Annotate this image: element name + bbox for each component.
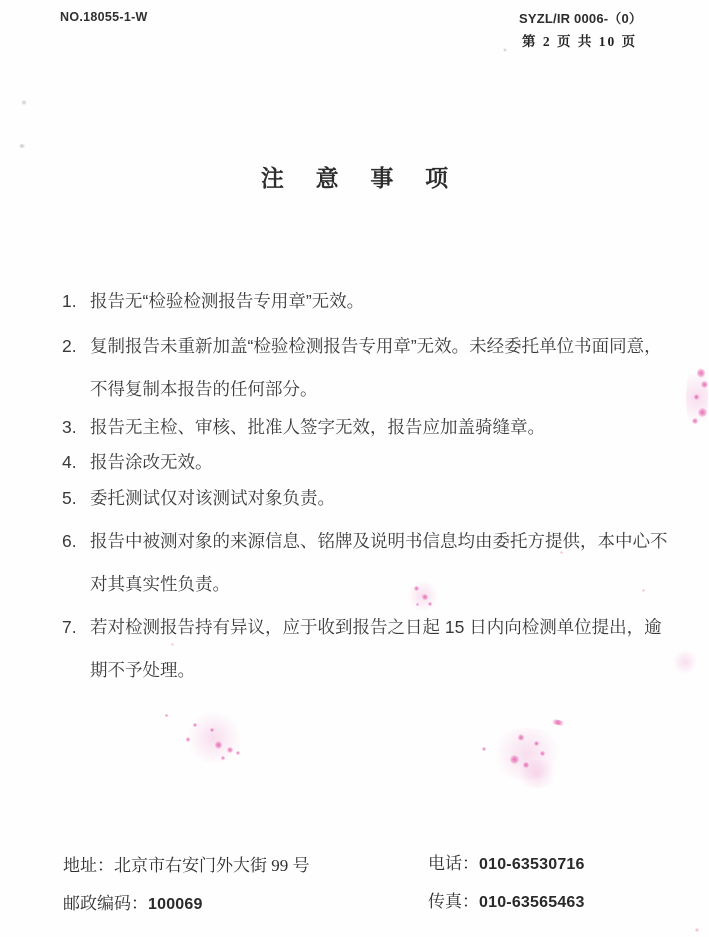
pink-stain (695, 928, 699, 932)
pink-stain (701, 381, 708, 388)
pink-stain (697, 368, 705, 378)
scanned-report-page: { "header": { "doc_no": "NO.18055-1-W", … (0, 0, 709, 937)
note-item-1: 1. 报告无“检验检测报告专用章”无效。 (62, 280, 662, 323)
pink-stain (551, 719, 566, 727)
note-text: 委托测试仅对该测试对象负责。 (90, 477, 662, 520)
note-item-6: 6. 报告中被测对象的来源信息、铭牌及说明书信息均由委托方提供，本中心不 对其真… (62, 520, 662, 606)
phone-value: 010-63530716 (479, 856, 585, 873)
address-label: 地址： (63, 856, 114, 875)
pink-stain (215, 741, 222, 749)
note-number: 6. (62, 520, 90, 606)
note-number: 5. (62, 477, 90, 520)
pink-stain (193, 723, 197, 727)
note-item-2: 2. 复制报告未重新加盖“检验检测报告专用章”无效。未经委托单位书面同意， 不得… (62, 325, 662, 411)
footer-postcode: 邮政编码：100069 (63, 889, 203, 914)
note-text: 对其真实性负责。 (90, 563, 668, 606)
fax-label: 传真： (428, 892, 479, 911)
gray-speck (503, 48, 507, 52)
pink-stain (186, 737, 190, 742)
pink-stain (694, 394, 699, 400)
pink-stain (185, 712, 243, 764)
note-text: 报告中被测对象的来源信息、铭牌及说明书信息均由委托方提供，本中心不 (90, 520, 668, 563)
note-number: 2. (62, 325, 90, 411)
address-value: 北京市右安门外大街 99 号 (114, 856, 310, 875)
note-item-5: 5. 委托测试仅对该测试对象负责。 (62, 477, 662, 520)
note-text: 期不予处理。 (90, 649, 662, 692)
footer-address: 地址：北京市右安门外大街 99 号 (63, 851, 310, 876)
pink-stain (534, 741, 539, 746)
page-title: 注 意 事 项 (0, 160, 709, 193)
pink-stain (165, 714, 168, 717)
postcode-value: 100069 (148, 896, 203, 913)
header-right-block: SYZL/IR 0006-（0） 第 2 页 共 10 页 (519, 8, 642, 50)
note-text: 复制报告未重新加盖“检验检测报告专用章”无效。未经委托单位书面同意， (90, 325, 662, 368)
phone-label: 电话： (428, 854, 479, 873)
note-number: 1. (62, 280, 90, 323)
pink-stain (698, 408, 707, 417)
gray-speck (18, 144, 26, 148)
pink-stain (510, 755, 519, 764)
pink-stain (686, 362, 708, 434)
note-number: 7. (62, 606, 90, 692)
form-code: SYZL/IR 0006-（0） (519, 8, 642, 27)
pink-stain (236, 751, 240, 755)
gray-speck (21, 100, 27, 105)
fax-value: 010-63565463 (479, 894, 585, 911)
notes-list: 1. 报告无“检验检测报告专用章”无效。 2. 复制报告未重新加盖“检验检测报告… (62, 280, 662, 692)
postcode-label: 邮政编码： (63, 894, 148, 913)
pink-stain (210, 728, 214, 732)
note-text: 若对检测报告持有异议，应于收到报告之日起 15 日内向检测单位提出，逾 (90, 606, 662, 649)
footer-fax: 传真：010-63565463 (428, 887, 585, 912)
pink-stain (523, 762, 529, 768)
pink-stain (518, 734, 524, 741)
pink-stain (488, 728, 566, 780)
pink-stain (227, 747, 233, 753)
page-number-info: 第 2 页 共 10 页 (519, 30, 642, 50)
note-item-7: 7. 若对检测报告持有异议，应于收到报告之日起 15 日内向检测单位提出，逾 期… (62, 606, 662, 692)
note-text: 不得复制本报告的任何部分。 (90, 368, 662, 411)
pink-stain (672, 650, 698, 674)
pink-stain (515, 760, 559, 788)
pink-stain (482, 747, 486, 751)
pink-stain (692, 418, 698, 424)
pink-stain (221, 756, 225, 760)
note-text: 报告无“检验检测报告专用章”无效。 (90, 280, 662, 323)
pink-stain (540, 751, 545, 756)
document-number: NO.18055-1-W (60, 10, 148, 24)
footer-phone: 电话：010-63530716 (428, 849, 585, 874)
